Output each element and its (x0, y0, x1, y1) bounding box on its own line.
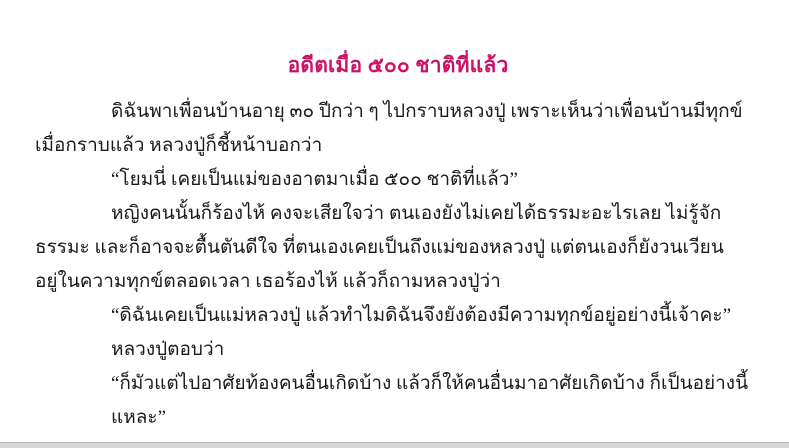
document-body: ดิฉันพาเพื่อนบ้านอายุ ๓๐ ปีกว่า ๆ ไปกราบ… (35, 95, 761, 435)
text-line: เมื่อกราบแล้ว หลวงปู่ก็ชี้หน้าบอกว่า (35, 129, 761, 163)
document-page: อดีตเมื่อ ๕๐๐ ชาติที่แล้ว ดิฉันพาเพื่อนบ… (0, 0, 789, 448)
text-line: “ก็มัวแต่ไปอาศัยท้องคนอื่นเกิดบ้าง แล้วก… (35, 367, 761, 401)
text-line: ดิฉันพาเพื่อนบ้านอายุ ๓๐ ปีกว่า ๆ ไปกราบ… (35, 95, 761, 129)
text-line: “โยมนี่ เคยเป็นแม่ของอาตมาเมื่อ ๕๐๐ ชาติ… (35, 163, 761, 197)
text-line: หลวงปู่ตอบว่า (35, 333, 761, 367)
window-bottom-edge (0, 442, 789, 448)
text-line: แหละ” (35, 401, 761, 435)
text-line: “ดิฉันเคยเป็นแม่หลวงปู่ แล้วทำไมดิฉันจึง… (35, 299, 761, 333)
text-line: ธรรมะ และก็อาจจะตื้นตันดีใจ ที่ตนเองเคยเ… (35, 231, 761, 265)
text-line: หญิงคนนั้นก็ร้องไห้ คงจะเสียใจว่า ตนเองย… (35, 197, 761, 231)
page-title: อดีตเมื่อ ๕๐๐ ชาติที่แล้ว (35, 50, 761, 80)
text-line: อยู่ในความทุกข์ตลอดเวลา เธอร้องไห้ แล้วก… (35, 265, 761, 299)
